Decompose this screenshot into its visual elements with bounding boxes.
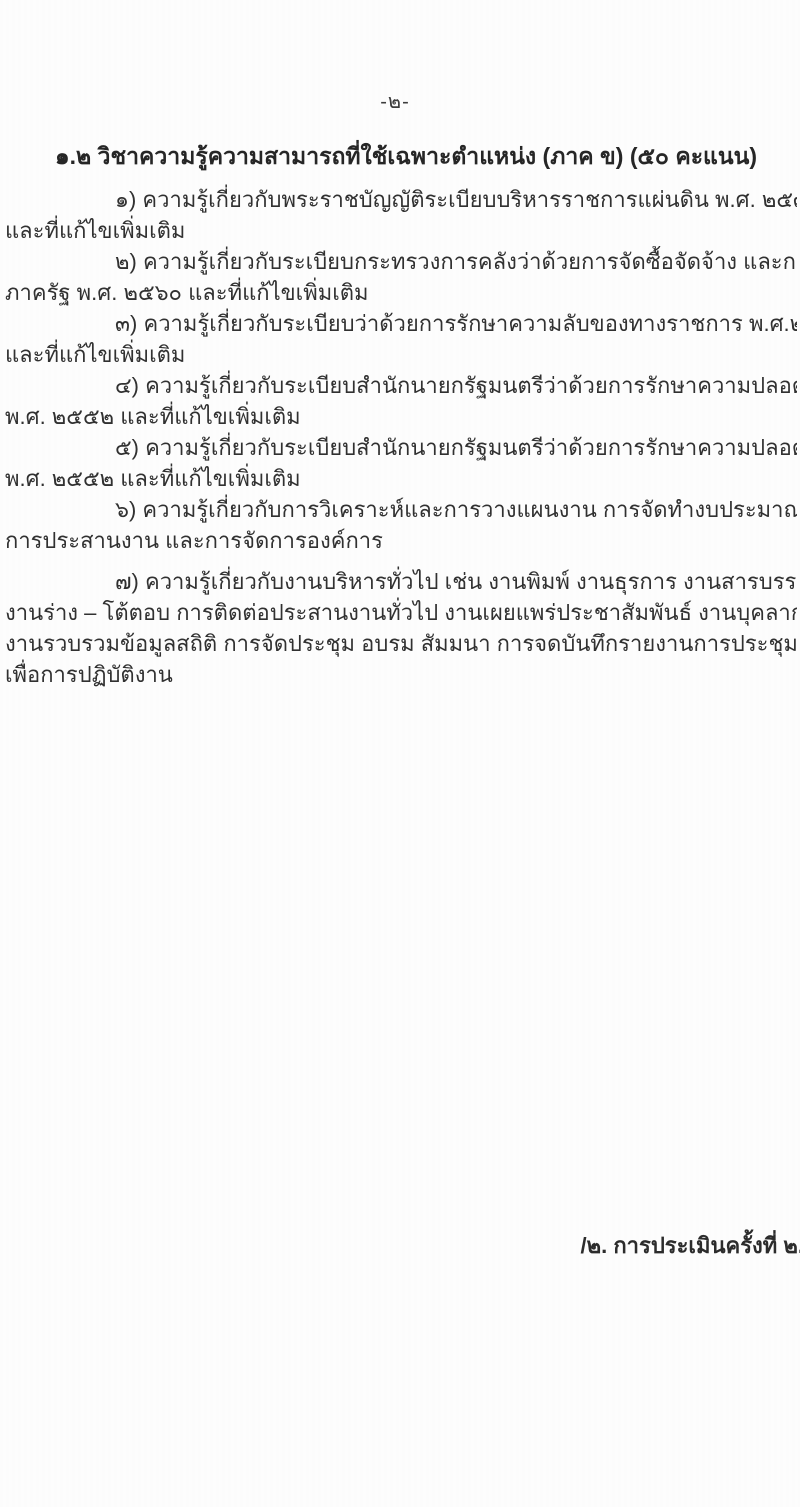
section-body: ๑) ความรู้เกี่ยวกับพระราชบัญญัติระเบียบบ… [5,184,797,690]
section-heading: ๑.๒ วิชาความรู้ความสามารถที่ใช้เฉพาะตำแห… [55,139,790,175]
list-item-line: ๔) ความรู้เกี่ยวกับระเบียบสำนักนายกรัฐมน… [5,370,797,401]
list-item-line: ภาครัฐ พ.ศ. ๒๕๖๐ และที่แก้ไขเพิ่มเติม [5,277,797,308]
list-item-1: ๑) ความรู้เกี่ยวกับพระราชบัญญัติระเบียบบ… [5,184,797,246]
footer-continuation-note: /๒. การประเมินครั้งที่ ๒. [581,1228,800,1263]
list-item-line: และที่แก้ไขเพิ่มเติม [5,339,797,370]
list-item-line: พ.ศ. ๒๕๕๒ และที่แก้ไขเพิ่มเติม [5,401,797,432]
list-item-5: ๕) ความรู้เกี่ยวกับระเบียบสำนักนายกรัฐมน… [5,432,797,494]
list-item-4: ๔) ความรู้เกี่ยวกับระเบียบสำนักนายกรัฐมน… [5,370,797,432]
list-item-line: ๓) ความรู้เกี่ยวกับระเบียบว่าด้วยการรักษ… [5,308,797,339]
document-page: -๒- ๑.๒ วิชาความรู้ความสามารถที่ใช้เฉพาะ… [0,0,800,1507]
list-item-2: ๒) ความรู้เกี่ยวกับระเบียบกระทรวงการคลัง… [5,246,797,308]
list-item-line: ๒) ความรู้เกี่ยวกับระเบียบกระทรวงการคลัง… [5,246,797,277]
list-item-line: พ.ศ. ๒๕๕๒ และที่แก้ไขเพิ่มเติม [5,463,797,494]
page-number: -๒- [0,85,790,117]
list-item-line: ๖) ความรู้เกี่ยวกับการวิเคราะห์และการวาง… [5,494,797,525]
list-item-3: ๓) ความรู้เกี่ยวกับระเบียบว่าด้วยการรักษ… [5,308,797,370]
list-item-6: ๖) ความรู้เกี่ยวกับการวิเคราะห์และการวาง… [5,494,797,556]
list-item-line: งานร่าง – โต้ตอบ การติดต่อประสานงานทั่วไ… [5,597,797,628]
list-item-line: งานรวบรวมข้อมูลสถิติ การจัดประชุม อบรม ส… [5,628,797,659]
list-item-line: และที่แก้ไขเพิ่มเติม [5,215,797,246]
list-item-7: ๗) ความรู้เกี่ยวกับงานบริหารทั่วไป เช่น … [5,566,797,690]
list-item-line: ๕) ความรู้เกี่ยวกับระเบียบสำนักนายกรัฐมน… [5,432,797,463]
list-item-line: เพื่อการปฏิบัติงาน [5,659,797,690]
list-item-line: ๗) ความรู้เกี่ยวกับงานบริหารทั่วไป เช่น … [5,566,797,597]
list-item-line: การประสานงาน และการจัดการองค์การ [5,525,797,556]
list-item-line: ๑) ความรู้เกี่ยวกับพระราชบัญญัติระเบียบบ… [5,184,797,215]
